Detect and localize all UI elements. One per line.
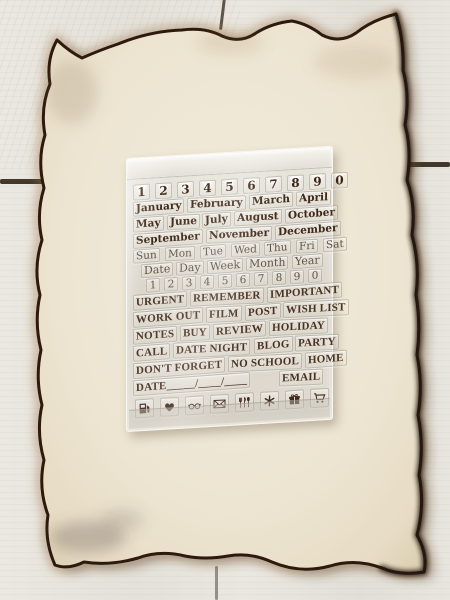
product-photo: 1234567890JanuaryFebruaryMarchAprilMayJu… (0, 0, 450, 600)
stamp-word: 4 (200, 275, 214, 290)
stamp-word: 1 (146, 278, 160, 293)
stamp-word: CALL (133, 343, 171, 362)
stamp-word: Week (207, 258, 243, 275)
stamp-word: Day (176, 261, 204, 276)
stamp-word: BLOG (253, 336, 292, 355)
stamp-word: 8 (287, 175, 304, 192)
stamp-word: PARTY (295, 334, 339, 352)
stamp-word: 9 (290, 269, 304, 284)
stamp-word: 5 (218, 274, 232, 289)
stamp-word: 4 (199, 180, 216, 197)
stamp-word: 0 (308, 268, 322, 283)
stamp-word: 3 (182, 276, 196, 291)
stamp-word: BUY (180, 324, 210, 341)
stamp-word: July (202, 212, 231, 229)
stamp-word: 2 (164, 277, 178, 292)
stamp-word: Fri (296, 239, 318, 254)
scorch-smudge (313, 44, 397, 80)
stamp-word: 1 (133, 183, 150, 200)
stamp-word: 0 (331, 172, 348, 189)
stamp-word: 7 (265, 176, 282, 193)
stamp-word: April (296, 190, 331, 207)
stamp-word: Year (291, 253, 322, 269)
stamp-word: 6 (243, 177, 260, 194)
stamp-word: 3 (177, 181, 194, 198)
stamp-word: March (249, 192, 293, 210)
stamp-word: Date (141, 262, 174, 278)
stamp-word: 8 (272, 271, 286, 286)
stamp-word: HOLIDAY (269, 317, 328, 336)
stamp-word: August (234, 209, 282, 226)
stamp-sheet: 1234567890JanuaryFebruaryMarchAprilMayJu… (126, 146, 333, 432)
stamp-word: 2 (155, 182, 172, 199)
stamp-word: Sun (133, 248, 160, 264)
stamp-word: WISH LIST (283, 299, 349, 318)
stamp-word: Tue (199, 244, 225, 260)
stamp-word: 9 (309, 173, 326, 190)
stamp-word: 6 (236, 273, 250, 288)
scorch-smudge (46, 60, 98, 124)
stamp-word: 7 (254, 271, 268, 286)
stamp-word: Wed (230, 242, 259, 257)
stamp-word: 5 (221, 178, 238, 195)
stamp-word: Thu (264, 240, 291, 256)
scorch-smudge (196, 30, 264, 54)
stamp-rows: 1234567890JanuaryFebruaryMarchAprilMayJu… (127, 168, 332, 396)
stamp-word: NOTES (133, 326, 178, 345)
stamp-word: Sat (323, 237, 347, 253)
stamp-word: FILM (206, 305, 242, 323)
stamp-word: May (133, 216, 164, 233)
stamp-word: HOME (305, 350, 347, 369)
stamp-word: November (206, 226, 272, 244)
stamp-word: Mon (165, 246, 195, 261)
stamp-word: Month (246, 256, 289, 272)
stamp-word: EMAIL (279, 369, 323, 387)
scorch-smudge (100, 509, 144, 531)
stamp-word: June (166, 214, 199, 231)
stamp-word: POST (245, 303, 281, 322)
